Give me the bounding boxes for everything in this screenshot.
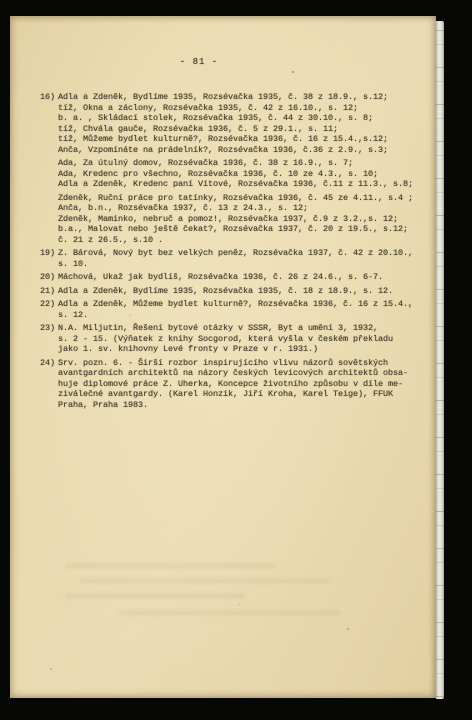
page-number: - 81 - — [149, 57, 249, 67]
footnote-line: b.a., Malovat nebo ještě čekat?, Rozséva… — [58, 224, 432, 235]
footnote-line: č. 21 z 26.5., s.10 . — [58, 235, 432, 246]
footnote-line: s. 10. — [58, 259, 432, 270]
show-through-smudge — [120, 611, 340, 615]
footnote-number — [40, 193, 58, 246]
footnote-line: Zdeněk, Ruční práce pro tatínky, Rozséva… — [58, 193, 432, 204]
paper-speck — [292, 71, 294, 73]
footnote-lines: Adla a Zdeněk, Můžeme bydlet kulturně?, … — [58, 299, 432, 320]
footnote-lines: Máchová, Ukaž jak bydlíš, Rozsévačka 193… — [58, 272, 432, 283]
footnote-line: Adla a Zdeněk, Můžeme bydlet kulturně?, … — [58, 299, 432, 310]
footnote-block: 22)Adla a Zdeněk, Můžeme bydlet kulturně… — [40, 299, 432, 320]
paper-speck — [347, 628, 349, 630]
footnote-lines: Z. Bárová, Nový byt bez velkých peněz, R… — [58, 248, 432, 269]
footnote-block: 23)N.A. Miljutin, Řešení bytové otázky v… — [40, 323, 432, 355]
footnote-line: s. 2 - 15. (Výňatek z knihy Socgorod, kt… — [58, 334, 432, 345]
show-through-smudge — [65, 594, 245, 598]
footnote-line: Adla a Zdeněk, Bydlíme 1935, Rozsévačka … — [58, 92, 432, 103]
footnote-line: Adla a Zdeněk, Kredenc paní Vítové, Rozs… — [58, 179, 432, 190]
footnote-line: Anča, Vzpomínáte na prádelník?, Rozsévač… — [58, 145, 432, 156]
footnote-number: 19) — [40, 248, 58, 269]
scanned-book-page: - 81 - 16)Adla a Zdeněk, Bydlíme 1935, R… — [0, 0, 472, 720]
footnote-line: Praha, Praha 1983. — [58, 400, 432, 411]
paper-speck — [238, 604, 240, 605]
footnote-lines: N.A. Miljutin, Řešení bytové otázky v SS… — [58, 323, 432, 355]
footnote-line: avantgardních architektů na názory český… — [58, 368, 432, 379]
footnote-line: huje diplomové práce Z. Uherka, Koncepce… — [58, 379, 432, 390]
footnote-block: Ada, Za útulný domov, Rozsévačka 1936, č… — [40, 158, 432, 190]
footnote-line: Ada, Za útulný domov, Rozsévačka 1936, č… — [58, 158, 432, 169]
show-through-smudge — [65, 564, 275, 568]
footnote-lines: Adla a Zdeněk, Bydlíme 1935, Rozsévačka … — [58, 286, 432, 297]
footnote-line: Adla a Zdeněk, Bydlíme 1935, Rozsévačka … — [58, 286, 432, 297]
footnote-line: jako 1. sv. knihovny Levé fronty v Praze… — [58, 344, 432, 355]
footnote-line: Anča, b.n., Rozsévačka 1937, č. 13 z 24.… — [58, 203, 432, 214]
footnote-line: N.A. Miljutin, Řešení bytové otázky v SS… — [58, 323, 432, 334]
footnote-block: Zdeněk, Ruční práce pro tatínky, Rozséva… — [40, 193, 432, 246]
paper-speck — [50, 668, 52, 670]
footnote-line: b. a. , Skládací stolek, Rozsévačka 1935… — [58, 113, 432, 124]
footnote-line: Srv. pozn. 6. - Širší rozbor inspirující… — [58, 358, 432, 369]
footnote-lines: Ada, Za útulný domov, Rozsévačka 1936, č… — [58, 158, 432, 190]
footnote-lines: Adla a Zdeněk, Bydlíme 1935, Rozsévačka … — [58, 92, 432, 155]
show-through-smudge — [80, 579, 330, 583]
footnote-number: 21) — [40, 286, 58, 297]
book-page-edge — [436, 21, 444, 699]
footnote-line: tíž, Okna a záclony, Rozsévačka 1935, č.… — [58, 103, 432, 114]
footnote-number: 16) — [40, 92, 58, 155]
footnote-block: 24)Srv. pozn. 6. - Širší rozbor inspiruj… — [40, 358, 432, 411]
footnote-lines: Zdeněk, Ruční práce pro tatínky, Rozséva… — [58, 193, 432, 246]
footnote-line: Ada, Kredenc pro všechno, Rozsévačka 193… — [58, 169, 432, 180]
footnote-line: tíž, Můžeme bydlet kulturně?, Rozsévačka… — [58, 134, 432, 145]
footnote-number: 23) — [40, 323, 58, 355]
footnote-block: 21)Adla a Zdeněk, Bydlíme 1935, Rozsévač… — [40, 286, 432, 297]
footnote-line: tíž, Chvála gauče, Rozsévačka 1936, č. 5… — [58, 124, 432, 135]
footnote-lines: Srv. pozn. 6. - Širší rozbor inspirující… — [58, 358, 432, 411]
paper-speck — [408, 304, 410, 305]
footnote-block: 20)Máchová, Ukaž jak bydlíš, Rozsévačka … — [40, 272, 432, 283]
footnote-line: Z. Bárová, Nový byt bez velkých peněz, R… — [58, 248, 432, 259]
footnote-line: ziválečné avantgardy. (Karel Honzík, Jiř… — [58, 389, 432, 400]
footnote-number: 22) — [40, 299, 58, 320]
footnote-line: Zdeněk, Maminko, nebruč a pomoz!, Rozsév… — [58, 214, 432, 225]
footnote-block: 19)Z. Bárová, Nový byt bez velkých peněz… — [40, 248, 432, 269]
footnote-block: 16)Adla a Zdeněk, Bydlíme 1935, Rozsévač… — [40, 92, 432, 155]
notes-list: 16)Adla a Zdeněk, Bydlíme 1935, Rozsévač… — [40, 92, 432, 413]
footnote-number — [40, 158, 58, 190]
footnote-number: 20) — [40, 272, 58, 283]
page-paper: - 81 - 16)Adla a Zdeněk, Bydlíme 1935, R… — [10, 16, 436, 698]
paper-speck — [130, 314, 131, 316]
footnote-line: Máchová, Ukaž jak bydlíš, Rozsévačka 193… — [58, 272, 432, 283]
footnote-line: s. 12. — [58, 310, 432, 321]
footnote-number: 24) — [40, 358, 58, 411]
